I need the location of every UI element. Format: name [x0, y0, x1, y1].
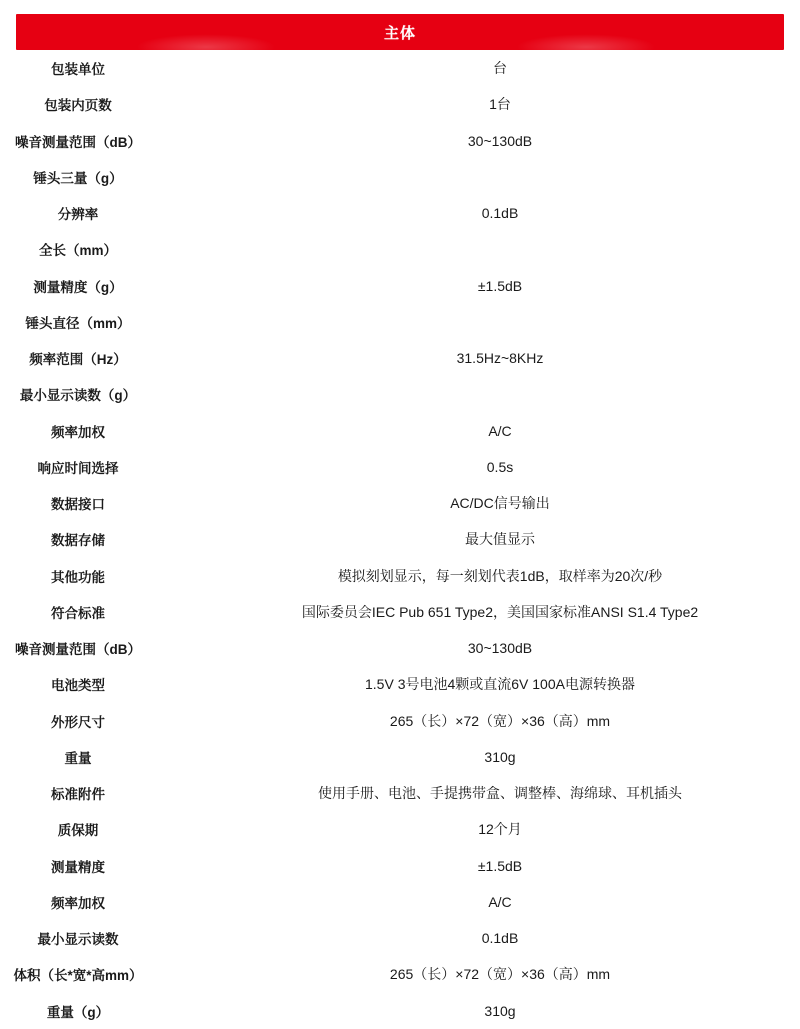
- spec-label: 测量精度（g）: [0, 276, 156, 296]
- spec-label: 电池类型: [0, 674, 156, 694]
- spec-label: 频率加权: [0, 421, 156, 441]
- table-row: 标准附件 使用手册、电池、手提携带盒、调整棒、海绵球、耳机插头: [0, 775, 800, 811]
- spec-value: 265（长）×72（宽）×36（高）mm: [200, 711, 800, 731]
- spec-value: A/C: [200, 894, 800, 910]
- spec-label: 体积（长*宽*高mm）: [0, 964, 156, 984]
- spec-label: 质保期: [0, 819, 156, 839]
- table-row: 锤头三量（g）: [0, 159, 800, 195]
- table-row: 测量精度（g） ±1.5dB: [0, 268, 800, 304]
- table-row: 数据接口 AC/DC信号输出: [0, 485, 800, 521]
- spec-label: 其他功能: [0, 566, 156, 586]
- spec-value: 国际委员会IEC Pub 651 Type2，美国国家标准ANSI S1.4 T…: [200, 602, 800, 622]
- table-row: 最小显示读数（g）: [0, 376, 800, 412]
- spec-value: 1.5V 3号电池4颗或直流6V 100A电源转换器: [200, 674, 800, 694]
- table-row: 分辨率 0.1dB: [0, 195, 800, 231]
- spec-label: 最小显示读数: [0, 928, 156, 948]
- table-row: 噪音测量范围（dB） 30~130dB: [0, 123, 800, 159]
- spec-label: 测量精度: [0, 856, 156, 876]
- table-row: 其他功能 模拟刻划显示，每一刻划代表1dB，取样率为20次/秒: [0, 558, 800, 594]
- spec-value: 30~130dB: [200, 133, 800, 149]
- spec-value: A/C: [200, 423, 800, 439]
- spec-value: 0.1dB: [200, 930, 800, 946]
- spec-label: 频率范围（Hz）: [0, 348, 156, 368]
- spec-value: 310g: [200, 1003, 800, 1019]
- table-row: 锤头直径（mm）: [0, 304, 800, 340]
- spec-label: 最小显示读数（g）: [0, 384, 156, 404]
- spec-label: 数据存储: [0, 529, 156, 549]
- spec-value: 12个月: [200, 819, 800, 839]
- spec-label: 锤头三量（g）: [0, 167, 156, 187]
- table-row: 数据存储 最大值显示: [0, 521, 800, 557]
- table-row: 体积（长*宽*高mm） 265（长）×72（宽）×36（高）mm: [0, 956, 800, 992]
- spec-label: 标准附件: [0, 783, 156, 803]
- spec-label: 响应时间选择: [0, 457, 156, 477]
- spec-label: 符合标准: [0, 602, 156, 622]
- spec-label: 锤头直径（mm）: [0, 312, 156, 332]
- table-row: 响应时间选择 0.5s: [0, 449, 800, 485]
- table-row: 重量（g） 310g: [0, 993, 800, 1029]
- spec-value: 31.5Hz~8KHz: [200, 350, 800, 366]
- table-row: 符合标准 国际委员会IEC Pub 651 Type2，美国国家标准ANSI S…: [0, 594, 800, 630]
- spec-table: 包装单位 台 包装内页数 1台 噪音测量范围（dB） 30~130dB 锤头三量…: [0, 50, 800, 1029]
- spec-label: 包装内页数: [0, 94, 156, 114]
- spec-value: 最大值显示: [200, 529, 800, 549]
- table-row: 电池类型 1.5V 3号电池4颗或直流6V 100A电源转换器: [0, 666, 800, 702]
- spec-value: 30~130dB: [200, 640, 800, 656]
- table-row: 外形尺寸 265（长）×72（宽）×36（高）mm: [0, 703, 800, 739]
- spec-label: 外形尺寸: [0, 711, 156, 731]
- table-row: 包装单位 台: [0, 50, 800, 86]
- spec-label: 噪音测量范围（dB）: [0, 638, 156, 658]
- table-row: 频率加权 A/C: [0, 884, 800, 920]
- table-row: 频率范围（Hz） 31.5Hz~8KHz: [0, 340, 800, 376]
- table-row: 频率加权 A/C: [0, 413, 800, 449]
- spec-value: ±1.5dB: [200, 858, 800, 874]
- spec-label: 数据接口: [0, 493, 156, 513]
- spec-label: 包装单位: [0, 58, 156, 78]
- section-header: 主体: [16, 14, 784, 50]
- spec-value: 1台: [200, 94, 800, 114]
- table-row: 测量精度 ±1.5dB: [0, 848, 800, 884]
- spec-label: 分辨率: [0, 203, 156, 223]
- spec-value: 使用手册、电池、手提携带盒、调整棒、海绵球、耳机插头: [200, 783, 800, 803]
- spec-value: AC/DC信号输出: [200, 493, 800, 513]
- spec-value: 0.5s: [200, 459, 800, 475]
- spec-label: 全长（mm）: [0, 239, 156, 259]
- table-row: 噪音测量范围（dB） 30~130dB: [0, 630, 800, 666]
- table-row: 重量 310g: [0, 739, 800, 775]
- spec-value: 台: [200, 58, 800, 78]
- spec-value: ±1.5dB: [200, 278, 800, 294]
- spec-value: 310g: [200, 749, 800, 765]
- spec-value: 0.1dB: [200, 205, 800, 221]
- spec-label: 频率加权: [0, 892, 156, 912]
- spec-label: 噪音测量范围（dB）: [0, 131, 156, 151]
- table-row: 包装内页数 1台: [0, 86, 800, 122]
- spec-value: 265（长）×72（宽）×36（高）mm: [200, 964, 800, 984]
- spec-value: 模拟刻划显示，每一刻划代表1dB，取样率为20次/秒: [200, 566, 800, 586]
- table-row: 质保期 12个月: [0, 811, 800, 847]
- table-row: 全长（mm）: [0, 231, 800, 267]
- section-title: 主体: [384, 22, 416, 43]
- table-row: 最小显示读数 0.1dB: [0, 920, 800, 956]
- spec-label: 重量: [0, 747, 156, 767]
- spec-label: 重量（g）: [0, 1001, 156, 1021]
